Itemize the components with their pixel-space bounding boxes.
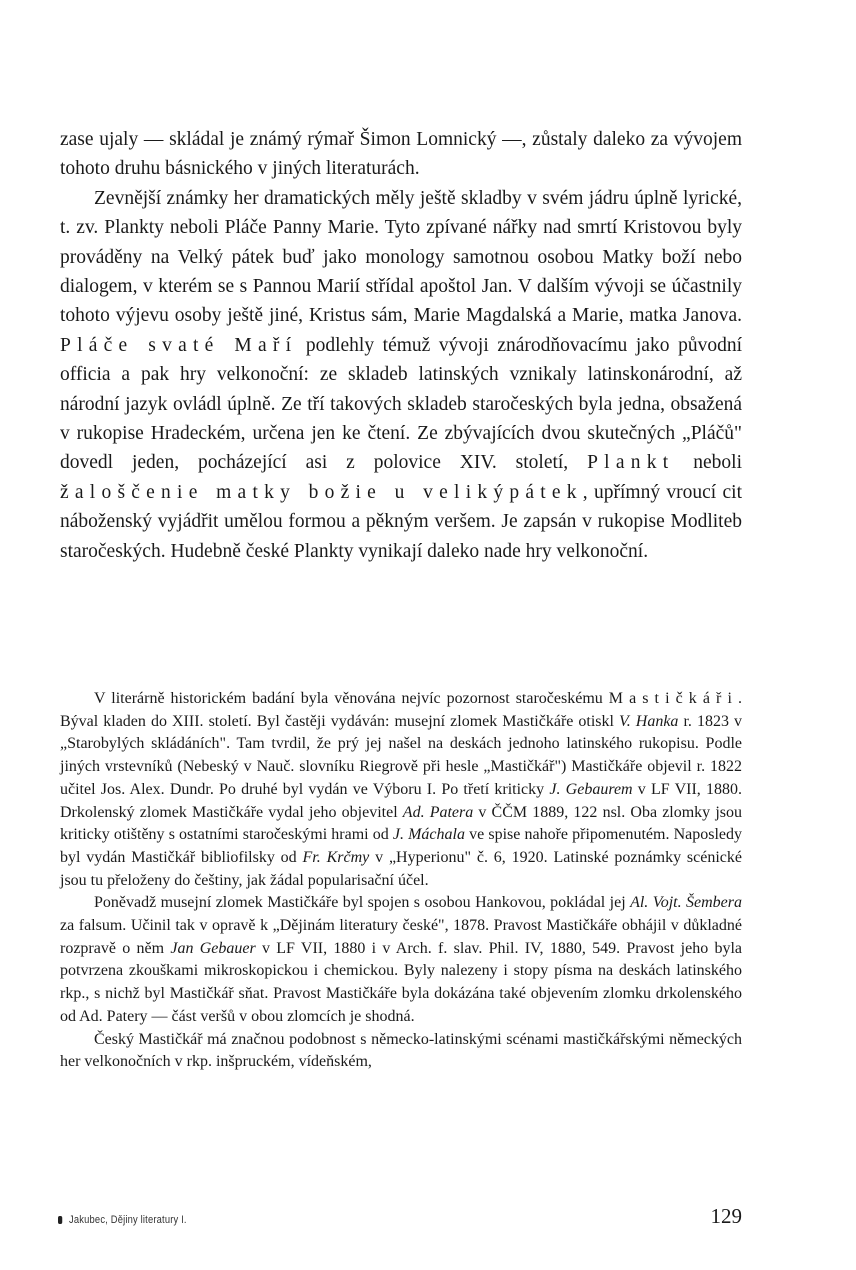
- page-footer: Jakubec, Dějiny literatury I. 129: [58, 1210, 742, 1240]
- notes-section: V literárně historickém badání byla věno…: [60, 688, 742, 1074]
- author-name: Jan Gebauer: [170, 940, 255, 957]
- paragraph-plankty: Zevnější známky her dramatických měly je…: [60, 184, 742, 566]
- author-name: Al. Vojt. Šembera: [630, 894, 742, 911]
- printer-signature: Jakubec, Dějiny literatury I.: [58, 1214, 187, 1226]
- spaced-emphasis-title: Plankt: [587, 452, 674, 473]
- paragraph-text: Zevnější známky her dramatických měly je…: [60, 188, 742, 327]
- page-number: 129: [711, 1204, 743, 1229]
- book-page: zase ujaly — skládal je známý rýmař Šimo…: [0, 0, 856, 1270]
- paragraph-continuation: zase ujaly — skládal je známý rýmař Šimo…: [60, 125, 742, 184]
- spaced-emphasis-title: Mastičkáři: [609, 690, 738, 707]
- spaced-emphasis-title: Pláče svaté Maří: [60, 335, 297, 356]
- paragraph-text: zase ujaly — skládal je známý rýmař Šimo…: [60, 129, 742, 179]
- author-name: J. Gebaurem: [549, 781, 632, 798]
- note-similarity: Český Mastičkář má značnou podobnost s n…: [60, 1029, 742, 1074]
- note-authenticity: Poněvadž musejní zlomek Mastičkáře byl s…: [60, 892, 742, 1028]
- author-name: J. Máchala: [393, 826, 465, 843]
- author-name: Fr. Krčmy: [303, 849, 370, 866]
- note-text: V literárně historickém badání byla věno…: [94, 690, 609, 707]
- note-text: Poněvadž musejní zlomek Mastičkáře byl s…: [94, 894, 630, 911]
- spaced-emphasis-title: žaloščenie matky božie u velikýpátek: [60, 482, 583, 503]
- signature-mark-icon: [58, 1216, 62, 1224]
- note-mastickar-editions: V literárně historickém badání byla věno…: [60, 688, 742, 892]
- note-text: Český Mastičkář má značnou podobnost s n…: [60, 1031, 742, 1071]
- signature-text: Jakubec, Dějiny literatury I.: [69, 1214, 187, 1226]
- main-body-text: zase ujaly — skládal je známý rýmař Šimo…: [60, 125, 742, 566]
- paragraph-text: neboli: [674, 452, 742, 473]
- author-name: Ad. Patera: [403, 804, 473, 821]
- author-name: V. Hanka: [619, 713, 678, 730]
